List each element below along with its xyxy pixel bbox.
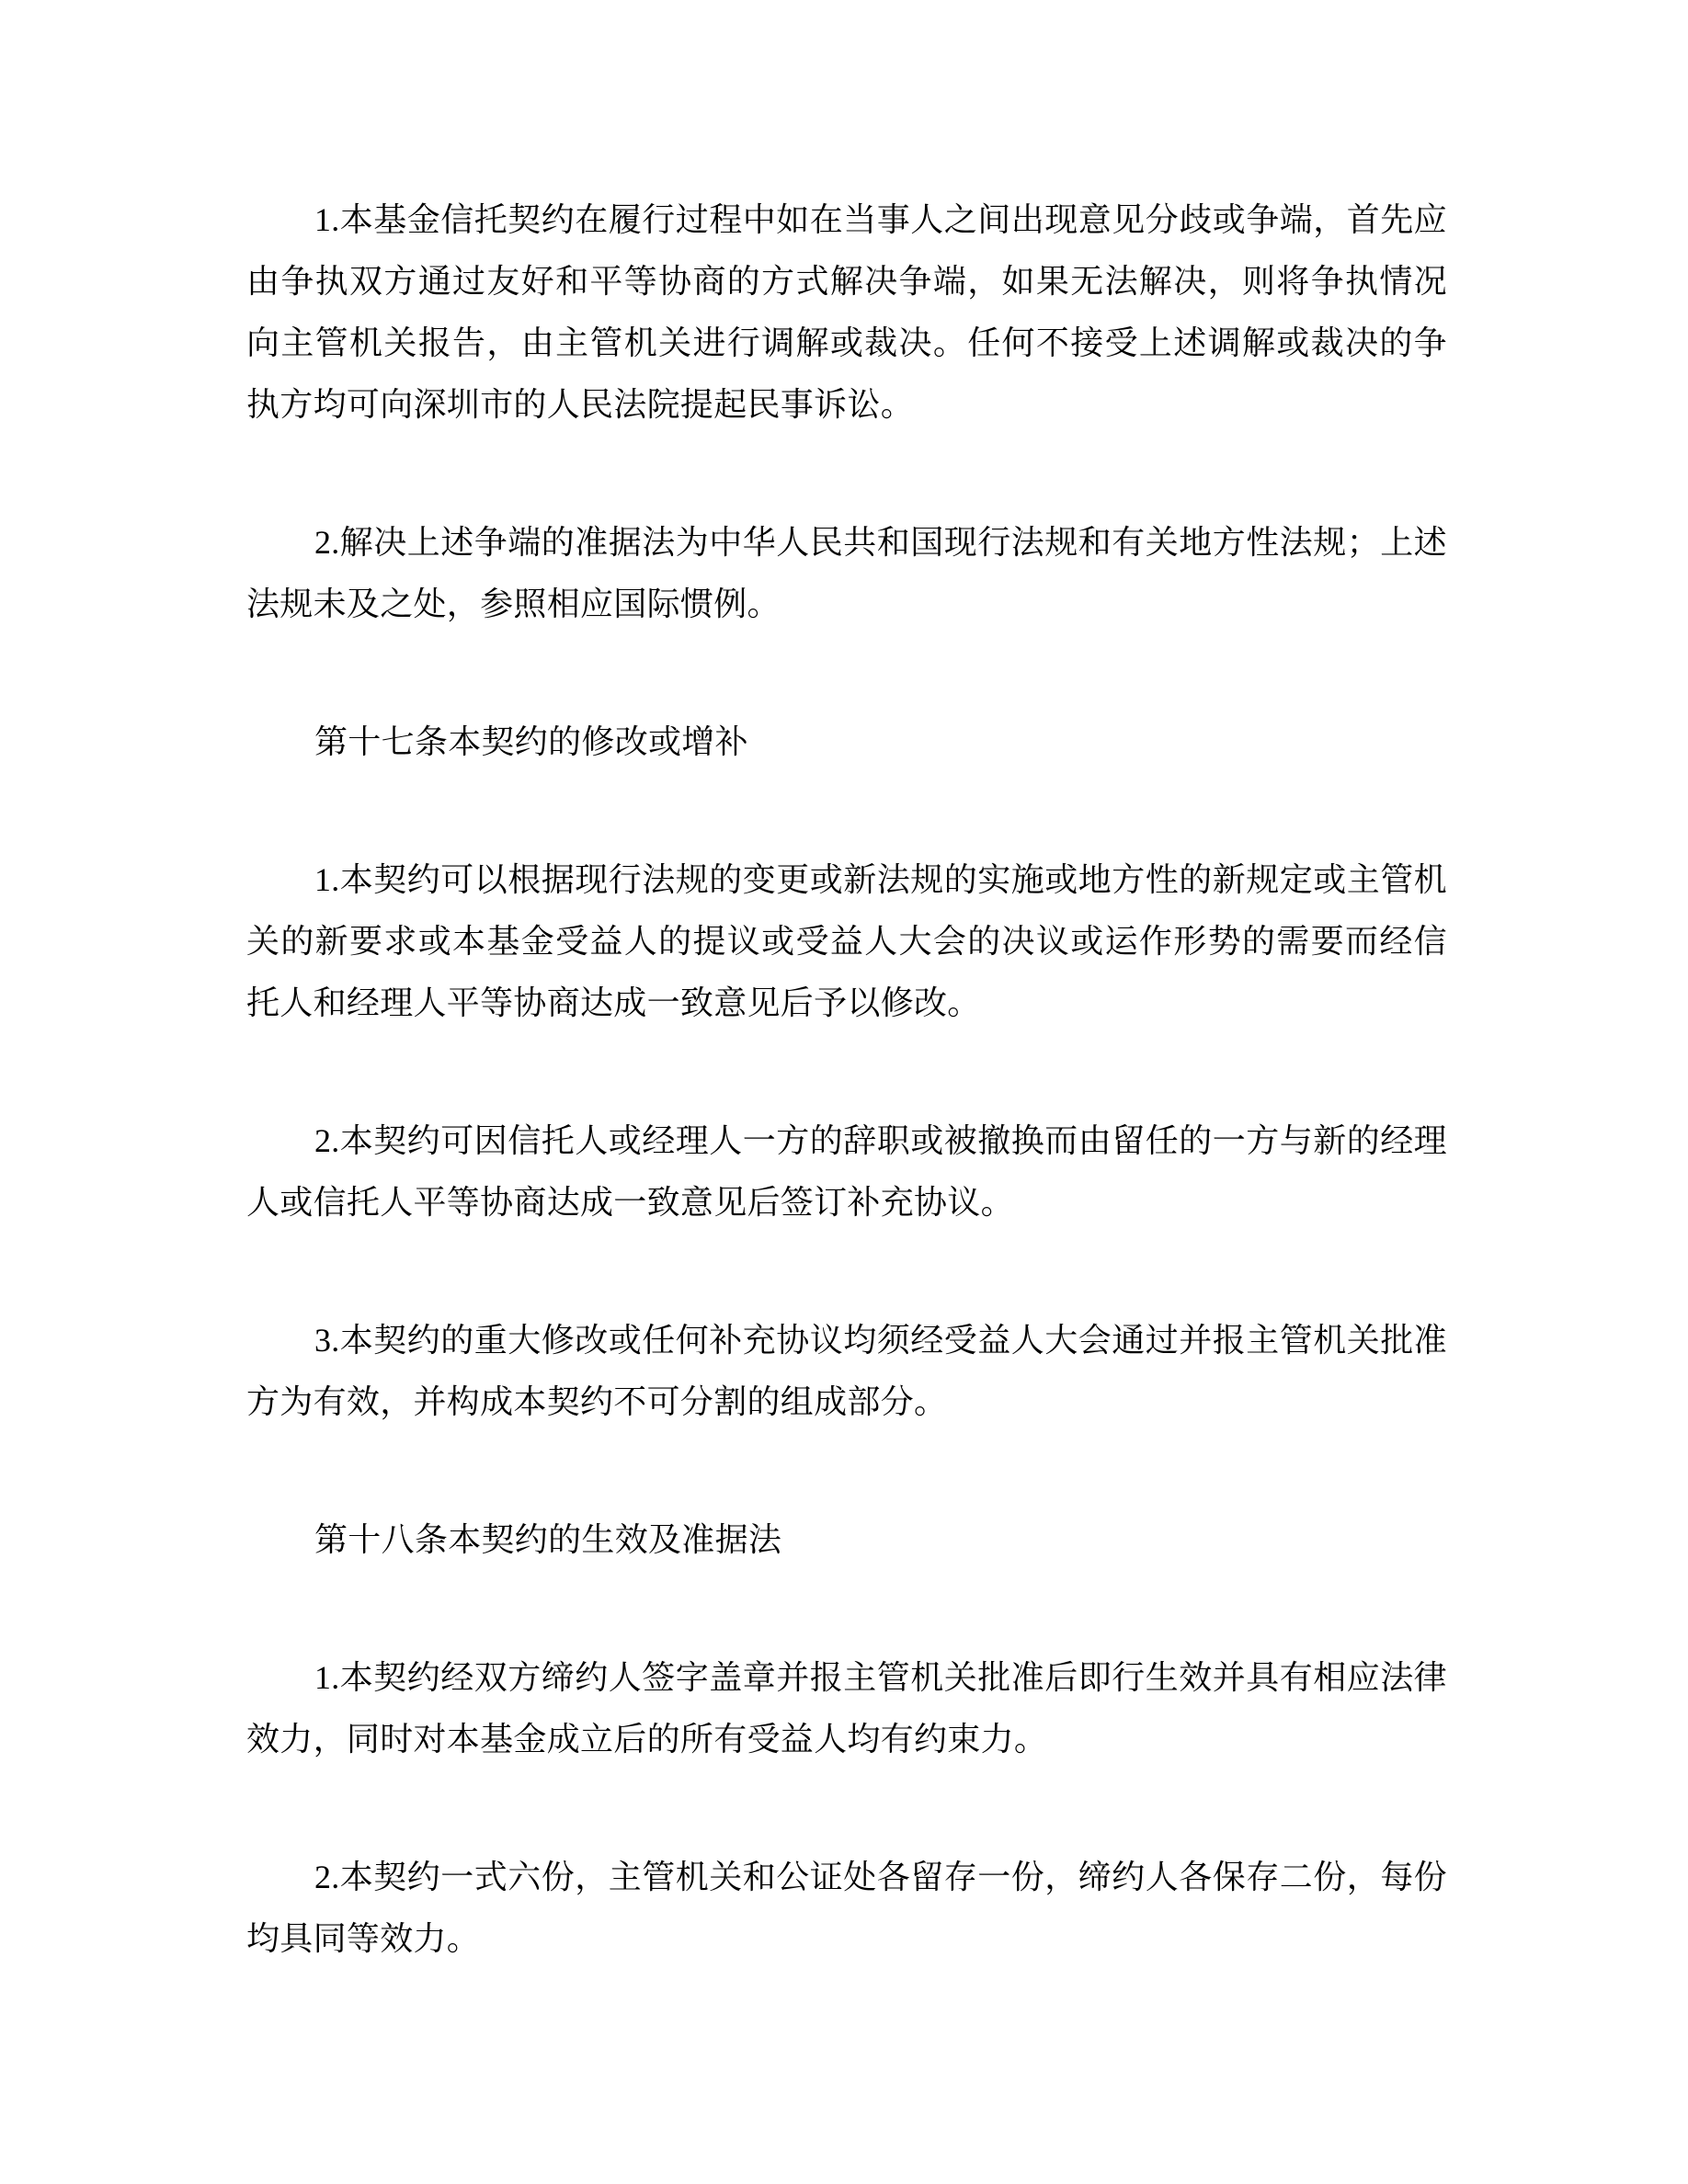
heading-article-18: 第十八条本契约的生效及准据法 (246, 1509, 1447, 1571)
paragraph-effectiveness-1: 1.本契约经双方缔约人签字盖章并报主管机关批准后即行生效并具有相应法律效力，同时… (246, 1647, 1447, 1770)
paragraph-effectiveness-2: 2.本契约一式六份，主管机关和公证处各留存一份，缔约人各保存二份，每份均具同等效… (246, 1847, 1447, 1970)
paragraph-amendment-3: 3.本契约的重大修改或任何补充协议均须经受益人大会通过并报主管机关批准方为有效，… (246, 1310, 1447, 1433)
document-page: 1.本基金信托契约在履行过程中如在当事人之间出现意见分歧或争端，首先应由争执双方… (0, 0, 1688, 2184)
paragraph-amendment-1: 1.本契约可以根据现行法规的变更或新法规的实施或地方性的新规定或主管机关的新要求… (246, 849, 1447, 1034)
heading-article-17: 第十七条本契约的修改或增补 (246, 711, 1447, 773)
paragraph-amendment-2: 2.本契约可因信托人或经理人一方的辞职或被撤换而由留任的一方与新的经理人或信托人… (246, 1110, 1447, 1234)
paragraph-dispute-resolution: 1.本基金信托契约在履行过程中如在当事人之间出现意见分歧或争端，首先应由争执双方… (246, 189, 1447, 436)
paragraph-governing-law: 2.解决上述争端的准据法为中华人民共和国现行法规和有关地方性法规；上述法规未及之… (246, 512, 1447, 635)
